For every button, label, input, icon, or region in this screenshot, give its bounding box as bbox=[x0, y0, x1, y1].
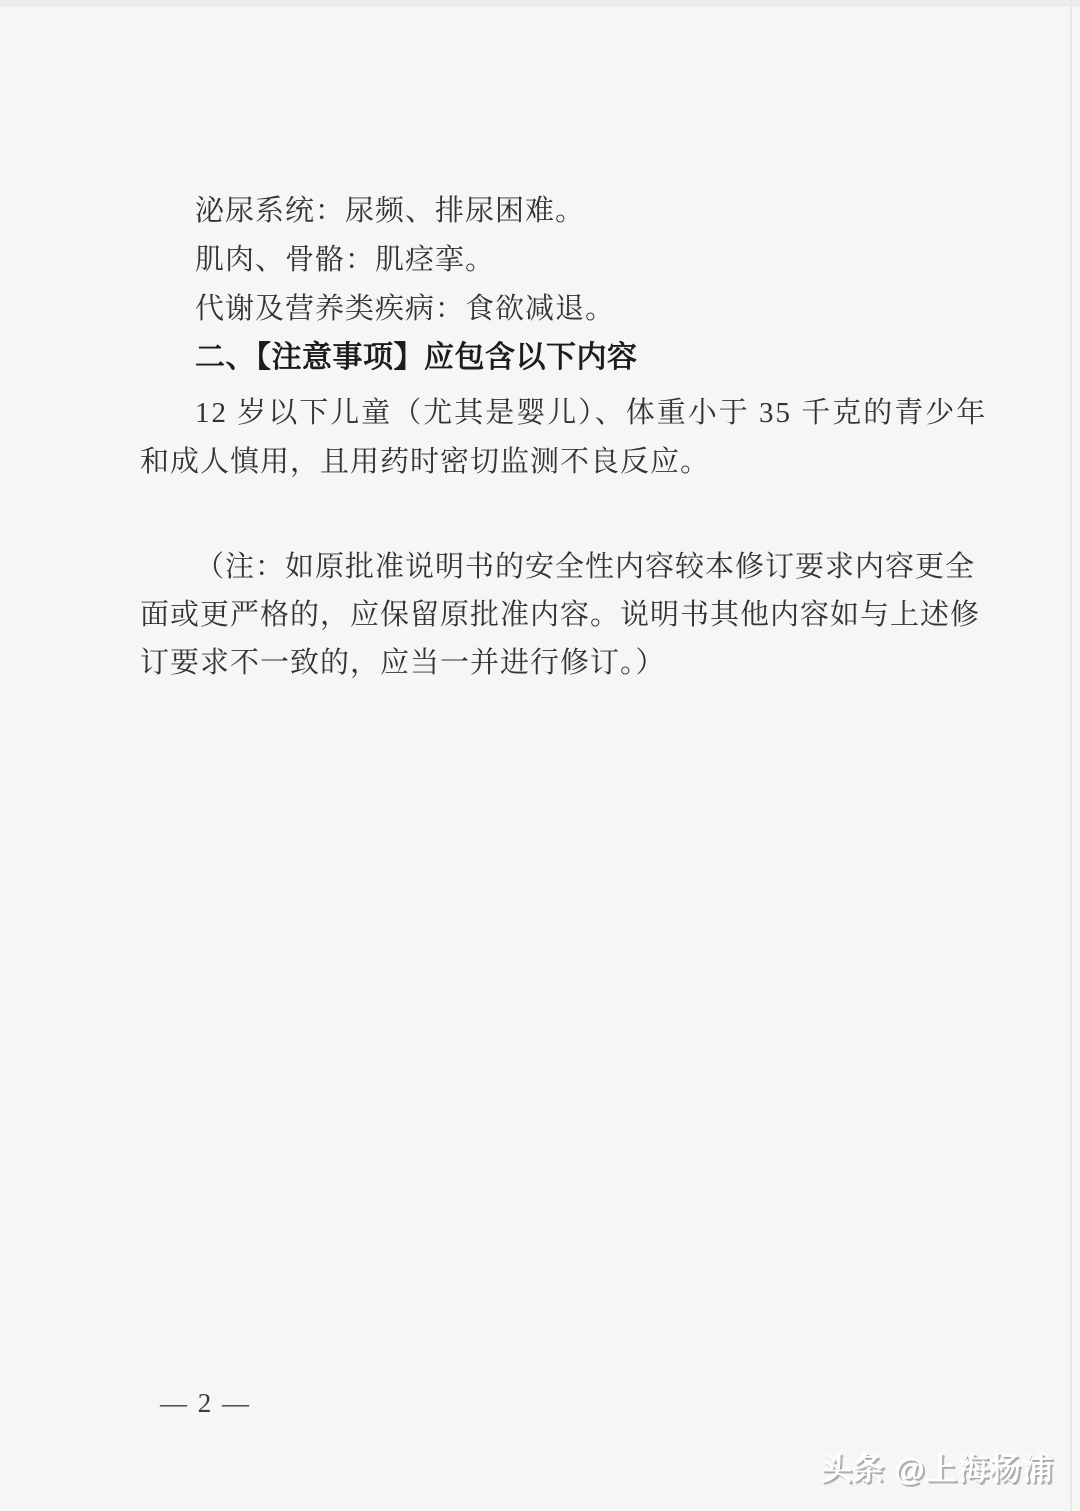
page-number: — 2 — bbox=[160, 1388, 251, 1419]
toutiao-watermark: 头条 @上海杨浦 bbox=[821, 1444, 1054, 1489]
paragraph-line-1: 12 岁以下儿童（尤其是婴儿）、体重小于 35 千克的青少年 bbox=[195, 395, 1005, 431]
note-line-3: 订要求不一致的，应当一并进行修订。） bbox=[140, 645, 950, 681]
adverse-reaction-line-metabolism: 代谢及营养类疾病：食欲减退。 bbox=[195, 291, 1005, 327]
paragraph-line-2: 和成人慎用，且用药时密切监测不良反应。 bbox=[140, 444, 950, 480]
scan-edge-top bbox=[0, 0, 1080, 6]
note-line-1: （注：如原批准说明书的安全性内容较本修订要求内容更全 bbox=[195, 549, 1005, 585]
adverse-reaction-line-urinary: 泌尿系统：尿频、排尿困难。 bbox=[195, 193, 1005, 229]
adverse-reaction-line-muscle: 肌肉、骨骼：肌痉挛。 bbox=[195, 242, 1005, 278]
note-line-2: 面或更严格的，应保留原批准内容。说明书其他内容如与上述修 bbox=[140, 597, 950, 633]
section-heading-precautions: 二、【注意事项】应包含以下内容 bbox=[195, 339, 638, 377]
scan-edge-right bbox=[1070, 0, 1072, 1511]
